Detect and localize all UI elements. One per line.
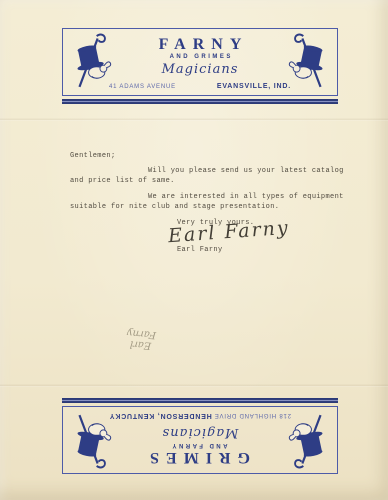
body-line: and price list of same. [70,177,175,185]
letterhead-rule [62,398,338,403]
fold-crease [0,384,388,387]
top-hat-rabbit-cane-icon [68,411,112,471]
letterhead-bottom-box: GRIMES AND FARNY Magicians 218 HIGHLAND … [62,406,338,474]
top-hat-rabbit-cane-icon [288,31,332,91]
fold-crease [0,118,388,121]
letterhead-bottom: GRIMES AND FARNY Magicians 218 HIGHLAND … [62,398,338,474]
letterhead-street-address: 41 ADAMS AVENUE [109,84,176,90]
pencil-annotation: Earl Farny [115,326,167,352]
letterhead-street-address: 218 HIGHLAND DRIVE [214,412,291,418]
top-hat-rabbit-cane-icon [288,411,332,471]
letterhead-city: HENDERSON, KENTUCKY [109,412,212,419]
top-hat-rabbit-cane-icon [68,31,112,91]
letterhead-top: FARNY AND GRIMES Magicians 41 ADAMS AVEN… [62,28,338,104]
letterhead-city: EVANSVILLE, IND. [217,83,291,90]
letterhead-top-box: FARNY AND GRIMES Magicians 41 ADAMS AVEN… [62,28,338,96]
body-line: suitable for nite club and stage present… [70,203,279,211]
body-line: Will you please send us your latest cata… [148,167,344,175]
salutation: Gentlemen; [70,152,116,160]
scanned-letter-page: FARNY AND GRIMES Magicians 41 ADAMS AVEN… [0,0,388,500]
body-line: We are interested in all types of equipm… [148,193,344,201]
typed-signature-name: Earl Farny [177,246,223,254]
letterhead-rule [62,99,338,104]
